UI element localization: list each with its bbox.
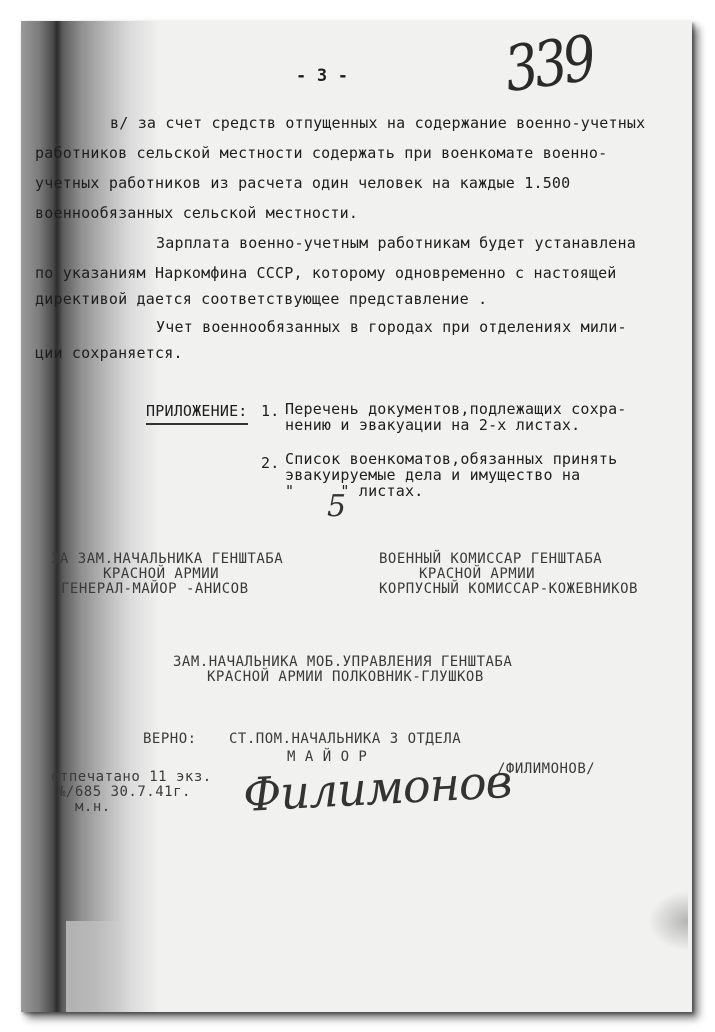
signature-left-line-1: ЗА ЗАМ.НАЧАЛЬНИКА ГЕНШТАБА xyxy=(51,551,283,567)
appendix-item-1-number: 1. xyxy=(261,401,279,421)
paragraph-1-line-1: в/ за счет средств отпущенных на содержа… xyxy=(110,113,645,133)
signature-right-line-2: КРАСНОЙ АРМИИ xyxy=(419,566,535,582)
signature-center-line-1: ЗАМ.НАЧАЛЬНИКА МОБ.УПРАВЛЕНИЯ ГЕНШТАБА xyxy=(173,654,512,670)
page-number: - 3 - xyxy=(296,66,348,86)
appendix-item-1-line-2: нению и эвакуации на 2-х листах. xyxy=(285,417,580,433)
binding-shadow xyxy=(21,21,161,1012)
appendix-item-2-line-3: " " листах. xyxy=(285,483,423,499)
binding-highlight xyxy=(66,921,126,1012)
margin-smudge xyxy=(648,891,688,951)
appendix-item-2-line-1: Список военкоматов,обязанных принять xyxy=(285,451,617,467)
signature-left-line-2: КРАСНОЙ АРМИИ xyxy=(103,566,219,582)
print-note-copies: отпечатано 11 экз. xyxy=(51,769,212,785)
paragraph-2-line-2: по указаниям Наркомфина СССР, которому о… xyxy=(35,263,617,283)
paragraph-3-line-2: ции сохраняется. xyxy=(35,343,183,363)
appendix-item-2-line-2: эвакуируемые дела и имущество на xyxy=(285,467,580,483)
handwritten-sheet-count: 5 xyxy=(327,489,346,524)
appendix-item-1-line-1: Перечень документов,подлежащих сохра- xyxy=(285,401,627,417)
appendix-item-2-number: 2. xyxy=(261,453,279,473)
appendix-label: ПРИЛОЖЕНИЕ: xyxy=(146,401,248,425)
paragraph-1-line-4: военнообязанных сельской местности. xyxy=(35,203,358,223)
signature-right-line-1: ВОЕННЫЙ КОМИССАР ГЕНШТАБА xyxy=(379,551,602,567)
paragraph-2-line-1: Зарплата военно-учетным работникам будет… xyxy=(156,233,636,253)
certification-title-line-1: СТ.ПОМ.НАЧАЛЬНИКА 3 ОТДЕЛА xyxy=(229,731,461,747)
print-note-initials: м.н. xyxy=(75,799,111,815)
signature-left-line-3: ГЕНЕРАЛ-МАЙОР -АНИСОВ xyxy=(61,581,249,597)
certification-name: /ФИЛИМОНОВ/ xyxy=(497,761,595,777)
paragraph-3-line-1: Учет военнообязанных в городах при отдел… xyxy=(156,317,627,337)
paragraph-1-line-2: работников сельской местности содержать … xyxy=(35,143,607,163)
signature-right-line-3: КОРПУСНЫЙ КОМИССАР-КОЖЕВНИКОВ xyxy=(379,581,638,597)
paragraph-1-line-3: учетных работников из расчета один челов… xyxy=(35,173,570,193)
paragraph-2-line-3: директивой дается соответствующее предст… xyxy=(35,289,487,309)
print-note-number-date: №/685 30.7.41г. xyxy=(57,784,191,800)
folio-number: 339 xyxy=(500,23,596,106)
certification-label: ВЕРНО: xyxy=(143,731,197,747)
handwritten-signature: Филимонов xyxy=(242,754,513,822)
signature-center-line-2: КРАСНОЙ АРМИИ ПОЛКОВНИК-ГЛУШКОВ xyxy=(207,669,484,685)
document-page: - 3 - 339 в/ за счет средств отпущенных … xyxy=(21,21,692,1012)
